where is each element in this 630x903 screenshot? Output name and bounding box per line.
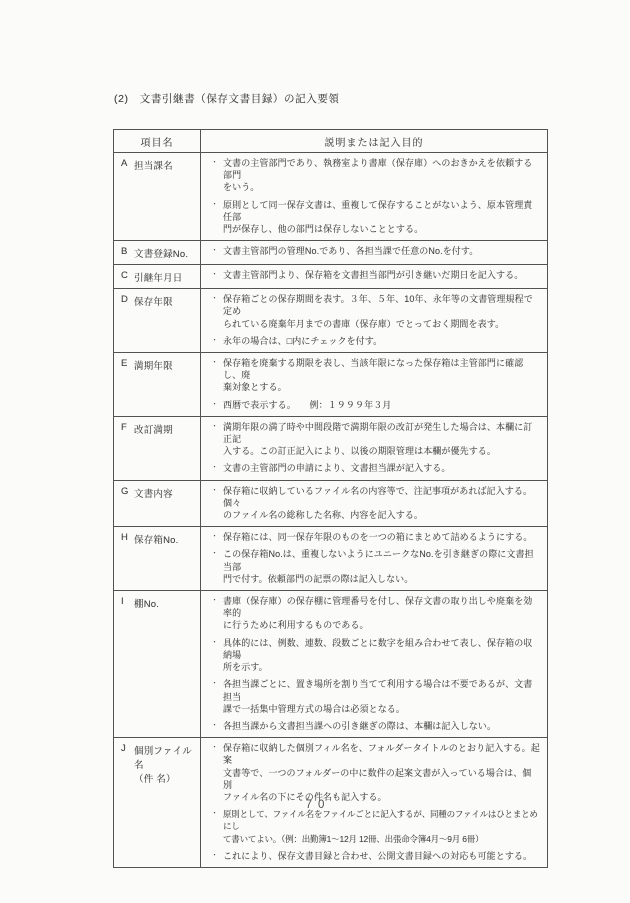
description-cell: ・保存箱ごとの保存期間を表す。３年、５年、10年、永年等の文書管理規程で定め ら…	[201, 289, 548, 353]
item-label: 文書内容	[134, 486, 173, 500]
bullet-item: ・満期年限の満了時や中間段階で満期年限の改訂が発生した場合は、本欄に訂正記 入す…	[210, 421, 540, 458]
item-cell: D 保存年限	[114, 289, 201, 353]
item-label: 担当課名	[134, 158, 173, 172]
bullet-dot-icon: ・	[211, 637, 218, 649]
bullet-text: 永年の場合は、□内にチェックを付す。	[223, 336, 382, 346]
entry-instructions-table: 項目名 説明または記入目的 A 担当課名 ・文書の主管部門であり、執務室より書庫…	[113, 129, 548, 868]
table-row: G 文書内容 ・保存箱に収納しているファイル名の内容等で、注記事項があれば記入す…	[114, 480, 548, 527]
bullet-text: 保存箱に収納した個別フィル名を、フォルダータイトルのとおり記入する。起案 文書等…	[223, 743, 540, 802]
item-label: 文書登録No.	[134, 246, 188, 260]
bullet-dot-icon: ・	[211, 850, 218, 862]
bullet-text: 各担当課ごとに、置き場所を割り当てて利用する場合は不要であるが、文書担当 課で一…	[223, 679, 532, 713]
item-label: 満期年限	[134, 358, 173, 372]
bullet-item: ・各担当課から文書担当課への引き継ぎの際は、本欄は記入しない。	[210, 720, 540, 732]
item-key: I	[121, 596, 130, 607]
item-key: D	[121, 294, 130, 305]
item-label: 棚No.	[134, 596, 159, 610]
page-title: (2) 文書引継書（保存文書目録）の記入要領	[114, 91, 340, 106]
description-cell: ・文書主管部門の管理No.であり、各担当課で任意のNo.を付す。	[201, 241, 548, 265]
item-cell: B 文書登録No.	[114, 241, 201, 265]
bullet-item: ・保存箱を廃棄する期限を表し、当該年限になった保存箱は主管部門に確認し、廃 棄対…	[210, 357, 540, 394]
table-row: I 棚No. ・書庫（保存庫）の保存棚に管理番号を付し、保存文書の取り出しや廃棄…	[114, 591, 548, 738]
bullet-text: 西暦で表示する。 例：１９９９年３月	[223, 400, 391, 410]
bullet-dot-icon: ・	[211, 399, 218, 411]
bullet-dot-icon: ・	[211, 293, 218, 305]
bullet-text: これにより、保存文書目録と合わせ、公開文書目録への対応も可能とする。	[223, 851, 532, 861]
bullet-text: 具体的には、例数、連数、段数ごとに数字を組み合わせて表し、保存箱の収納場 所を示…	[223, 638, 532, 672]
description-cell: ・文書主管部門より、保存箱を文書担当部門が引き継いだ期日を記入する。	[201, 265, 548, 289]
bullet-text: 満期年限の満了時や中間段階で満期年限の改訂が発生した場合は、本欄に訂正記 入する…	[223, 422, 532, 456]
bullet-dot-icon: ・	[211, 485, 218, 497]
bullet-item: ・保存箱に収納した個別フィル名を、フォルダータイトルのとおり記入する。起案 文書…	[210, 742, 540, 803]
description-cell: ・満期年限の満了時や中間段階で満期年限の改訂が発生した場合は、本欄に訂正記 入す…	[201, 416, 548, 480]
bullet-dot-icon: ・	[211, 720, 218, 732]
table-row: C 引継年月日 ・文書主管部門より、保存箱を文書担当部門が引き継いだ期日を記入す…	[114, 265, 548, 289]
item-cell: E 満期年限	[114, 353, 201, 417]
item-cell: A 担当課名	[114, 153, 201, 241]
item-key: E	[121, 358, 130, 369]
bullet-text: 文書の主管部門の申請により、文書担当課が記入する。	[223, 463, 451, 473]
bullet-dot-icon: ・	[211, 678, 218, 690]
scanned-document-page: (2) 文書引継書（保存文書目録）の記入要領 項目名 説明または記入目的 A 担…	[0, 0, 630, 903]
description-cell: ・書庫（保存庫）の保存棚に管理番号を付し、保存文書の取り出しや廃棄を効率的 に行…	[201, 591, 548, 738]
bullet-item: ・文書の主管部門であり、執務室より書庫（保存庫）へのおきかえを依頼する部門 をい…	[210, 157, 540, 194]
bullet-dot-icon: ・	[211, 595, 218, 607]
bullet-text: 保存箱を廃棄する期限を表し、当該年限になった保存箱は主管部門に確認し、廃 棄対象…	[223, 358, 523, 392]
bullet-text: 各担当課から文書担当課への引き継ぎの際は、本欄は記入しない。	[223, 721, 496, 731]
bullet-text: 原則として同一保存文書は、重複して保存することがないよう、原本管理責任部 門が保…	[223, 200, 532, 234]
page-number: 70	[0, 799, 630, 811]
item-label: 改訂満期	[134, 422, 173, 436]
column-header-item-name: 項目名	[114, 130, 201, 153]
bullet-dot-icon: ・	[211, 462, 218, 474]
bullet-text: 保存箱に収納しているファイル名の内容等で、注記事項があれば記入する。個々 のファ…	[223, 486, 532, 520]
bullet-item: ・文書主管部門の管理No.であり、各担当課で任意のNo.を付す。	[210, 245, 540, 257]
bullet-item: ・書庫（保存庫）の保存棚に管理番号を付し、保存文書の取り出しや廃棄を効率的 に行…	[210, 595, 540, 632]
item-key: J	[121, 743, 130, 754]
item-cell: C 引継年月日	[114, 265, 201, 289]
bullet-dot-icon: ・	[211, 531, 218, 543]
table-row: F 改訂満期 ・満期年限の満了時や中間段階で満期年限の改訂が発生した場合は、本欄…	[114, 416, 548, 480]
table-row: E 満期年限 ・保存箱を廃棄する期限を表し、当該年限になった保存箱は主管部門に確…	[114, 353, 548, 417]
item-cell: F 改訂満期	[114, 416, 201, 480]
description-cell: ・保存箱には、同一保存年限のものを一つの箱にまとめて詰めるようにする。 ・この保…	[201, 527, 548, 591]
item-key: C	[121, 270, 130, 281]
bullet-text: 文書主管部門の管理No.であり、各担当課で任意のNo.を付す。	[223, 246, 478, 256]
bullet-item: ・具体的には、例数、連数、段数ごとに数字を組み合わせて表し、保存箱の収納場 所を…	[210, 637, 540, 674]
bullet-dot-icon: ・	[211, 199, 218, 211]
item-cell: G 文書内容	[114, 480, 201, 527]
bullet-dot-icon: ・	[211, 335, 218, 347]
item-key: F	[121, 422, 130, 433]
bullet-item: ・原則として、ファイル名をファイルごとに記入するが、同種のファイルはひとまとめに…	[210, 808, 540, 845]
item-key: A	[121, 158, 130, 169]
item-cell: I 棚No.	[114, 591, 201, 738]
item-label: 引継年月日	[134, 270, 183, 284]
bullet-item: ・保存箱ごとの保存期間を表す。３年、５年、10年、永年等の文書管理規程で定め ら…	[210, 293, 540, 330]
bullet-text: 原則として、ファイル名をファイルごとに記入するが、同種のファイルはひとまとめにし…	[223, 809, 538, 843]
table-row: H 保存箱No. ・保存箱には、同一保存年限のものを一つの箱にまとめて詰めるよう…	[114, 527, 548, 591]
bullet-item: ・文書の主管部門の申請により、文書担当課が記入する。	[210, 462, 540, 474]
description-cell: ・保存箱を廃棄する期限を表し、当該年限になった保存箱は主管部門に確認し、廃 棄対…	[201, 353, 548, 417]
bullet-item: ・西暦で表示する。 例：１９９９年３月	[210, 399, 540, 411]
bullet-item: ・永年の場合は、□内にチェックを付す。	[210, 335, 540, 347]
bullet-item: ・保存箱に収納しているファイル名の内容等で、注記事項があれば記入する。個々 のフ…	[210, 485, 540, 522]
table-row: D 保存年限 ・保存箱ごとの保存期間を表す。３年、５年、10年、永年等の文書管理…	[114, 289, 548, 353]
bullet-dot-icon: ・	[211, 421, 218, 433]
bullet-dot-icon: ・	[211, 548, 218, 560]
bullet-item: ・これにより、保存文書目録と合わせ、公開文書目録への対応も可能とする。	[210, 850, 540, 862]
bullet-dot-icon: ・	[211, 742, 218, 754]
bullet-item: ・この保存箱No.は、重複しないようにユニークなNo.を引き継ぎの際に文書担当部…	[210, 548, 540, 585]
table-header-row: 項目名 説明または記入目的	[114, 130, 548, 153]
column-header-description: 説明または記入目的	[201, 130, 548, 153]
description-cell: ・文書の主管部門であり、執務室より書庫（保存庫）へのおきかえを依頼する部門 をい…	[201, 153, 548, 241]
bullet-item: ・各担当課ごとに、置き場所を割り当てて利用する場合は不要であるが、文書担当 課で…	[210, 678, 540, 715]
bullet-dot-icon: ・	[211, 245, 218, 257]
item-key: H	[121, 532, 130, 543]
bullet-text: この保存箱No.は、重複しないようにユニークなNo.を引き継ぎの際に文書担当部 …	[223, 549, 534, 583]
bullet-text: 保存箱には、同一保存年限のものを一つの箱にまとめて詰めるようにする。	[223, 532, 532, 542]
item-label: 保存箱No.	[134, 532, 178, 546]
item-label: 保存年限	[134, 294, 173, 308]
bullet-text: 保存箱ごとの保存期間を表す。３年、５年、10年、永年等の文書管理規程で定め られ…	[223, 294, 533, 328]
item-label: 個別ファイル名 （件 名）	[134, 743, 197, 785]
item-key: G	[121, 486, 130, 497]
description-cell: ・保存箱に収納しているファイル名の内容等で、注記事項があれば記入する。個々 のフ…	[201, 480, 548, 527]
bullet-text: 文書主管部門より、保存箱を文書担当部門が引き継いだ期日を記入する。	[223, 270, 523, 280]
bullet-text: 文書の主管部門であり、執務室より書庫（保存庫）へのおきかえを依頼する部門 をいう…	[223, 158, 532, 192]
bullet-dot-icon: ・	[211, 357, 218, 369]
item-key: B	[121, 246, 130, 257]
table-row: B 文書登録No. ・文書主管部門の管理No.であり、各担当課で任意のNo.を付…	[114, 241, 548, 265]
bullet-dot-icon: ・	[211, 157, 218, 169]
bullet-item: ・原則として同一保存文書は、重複して保存することがないよう、原本管理責任部 門が…	[210, 199, 540, 236]
bullet-item: ・文書主管部門より、保存箱を文書担当部門が引き継いだ期日を記入する。	[210, 269, 540, 281]
bullet-item: ・保存箱には、同一保存年限のものを一つの箱にまとめて詰めるようにする。	[210, 531, 540, 543]
table-row: A 担当課名 ・文書の主管部門であり、執務室より書庫（保存庫）へのおきかえを依頼…	[114, 153, 548, 241]
bullet-dot-icon: ・	[211, 269, 218, 281]
item-cell: H 保存箱No.	[114, 527, 201, 591]
bullet-text: 書庫（保存庫）の保存棚に管理番号を付し、保存文書の取り出しや廃棄を効率的 に行う…	[223, 596, 532, 630]
